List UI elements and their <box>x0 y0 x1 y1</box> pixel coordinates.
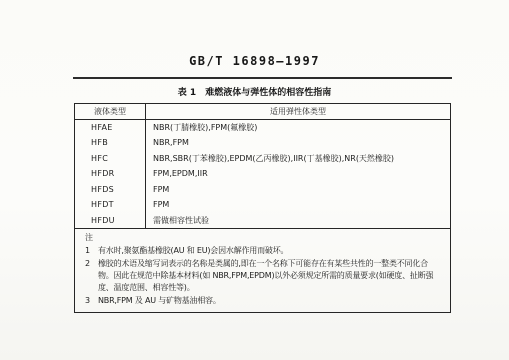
table-row: HFDU 需做相容性试验 <box>75 213 451 229</box>
table-row: HFDS FPM <box>75 182 451 198</box>
note-1: 1 有水时,聚氨酯基橡胶(AU 和 EU)会因水解作用而破坏。 <box>85 245 442 257</box>
column-header-elastomer-type: 适用弹性体类型 <box>146 104 451 120</box>
note-number: 3 <box>85 295 98 307</box>
header-rule <box>73 77 452 79</box>
note-3: 3 NBR,FPM 及 AU 与矿物基油相容。 <box>85 295 442 307</box>
liquid-type-cell: HFAE <box>91 123 113 132</box>
liquid-type-cell: HFB <box>91 138 108 147</box>
table-label: 表 1 <box>178 88 196 98</box>
table-caption: 难燃液体与弹性体的相容性指南 <box>205 88 331 98</box>
table-row: HFC NBR,SBR(丁苯橡胶),EPDM(乙丙橡胶),IIR(丁基橡胶),N… <box>75 151 451 167</box>
elastomer-cell: NBR(丁腈橡胶),FPM(氟橡胶) <box>146 120 451 136</box>
elastomer-cell: FPM <box>146 197 451 213</box>
note-number: 2 <box>85 258 98 294</box>
note-text: NBR,FPM 及 AU 与矿物基油相容。 <box>98 295 442 307</box>
table-row: HFDR FPM,EPDM,IIR <box>75 166 451 182</box>
note-text: 橡胶的术语及缩写词表示的名称是类属的,即在一个名称下可能存在有某些共性的一整类不… <box>98 258 442 294</box>
liquid-type-cell: HFDU <box>91 216 115 225</box>
table-row: HFDT FPM <box>75 197 451 213</box>
table-notes-section: 注 1 有水时,聚氨酯基橡胶(AU 和 EU)会因水解作用而破坏。 2 橡胶的术… <box>75 228 451 312</box>
note-2: 2 橡胶的术语及缩写词表示的名称是类属的,即在一个名称下可能存在有某些共性的一整… <box>85 258 442 294</box>
elastomer-cell: NBR,FPM <box>146 135 451 151</box>
standard-number: GB/T 16898—1997 <box>0 54 509 68</box>
elastomer-cell: FPM <box>146 182 451 198</box>
elastomer-cell: FPM,EPDM,IIR <box>146 166 451 182</box>
compatibility-table: 液体类型 适用弹性体类型 HFAE NBR(丁腈橡胶),FPM(氟橡胶) HFB… <box>74 103 451 313</box>
notes-label: 注 <box>85 232 442 243</box>
document-page: GB/T 16898—1997 表 1难燃液体与弹性体的相容性指南 液体类型 适… <box>0 0 509 360</box>
note-number: 1 <box>85 245 98 257</box>
note-text: 有水时,聚氨酯基橡胶(AU 和 EU)会因水解作用而破坏。 <box>98 245 442 257</box>
table-title: 表 1难燃液体与弹性体的相容性指南 <box>0 85 509 98</box>
table-row: HFB NBR,FPM <box>75 135 451 151</box>
elastomer-cell: NBR,SBR(丁苯橡胶),EPDM(乙丙橡胶),IIR(丁基橡胶),NR(天然… <box>146 151 451 167</box>
table-row: HFAE NBR(丁腈橡胶),FPM(氟橡胶) <box>75 120 451 136</box>
elastomer-cell: 需做相容性试验 <box>146 213 451 229</box>
column-header-liquid-type: 液体类型 <box>75 104 146 120</box>
table-header-row: 液体类型 适用弹性体类型 <box>75 104 451 120</box>
liquid-type-cell: HFC <box>91 154 108 163</box>
liquid-type-cell: HFDS <box>91 185 114 194</box>
liquid-type-cell: HFDR <box>91 169 115 178</box>
liquid-type-cell: HFDT <box>91 200 114 209</box>
